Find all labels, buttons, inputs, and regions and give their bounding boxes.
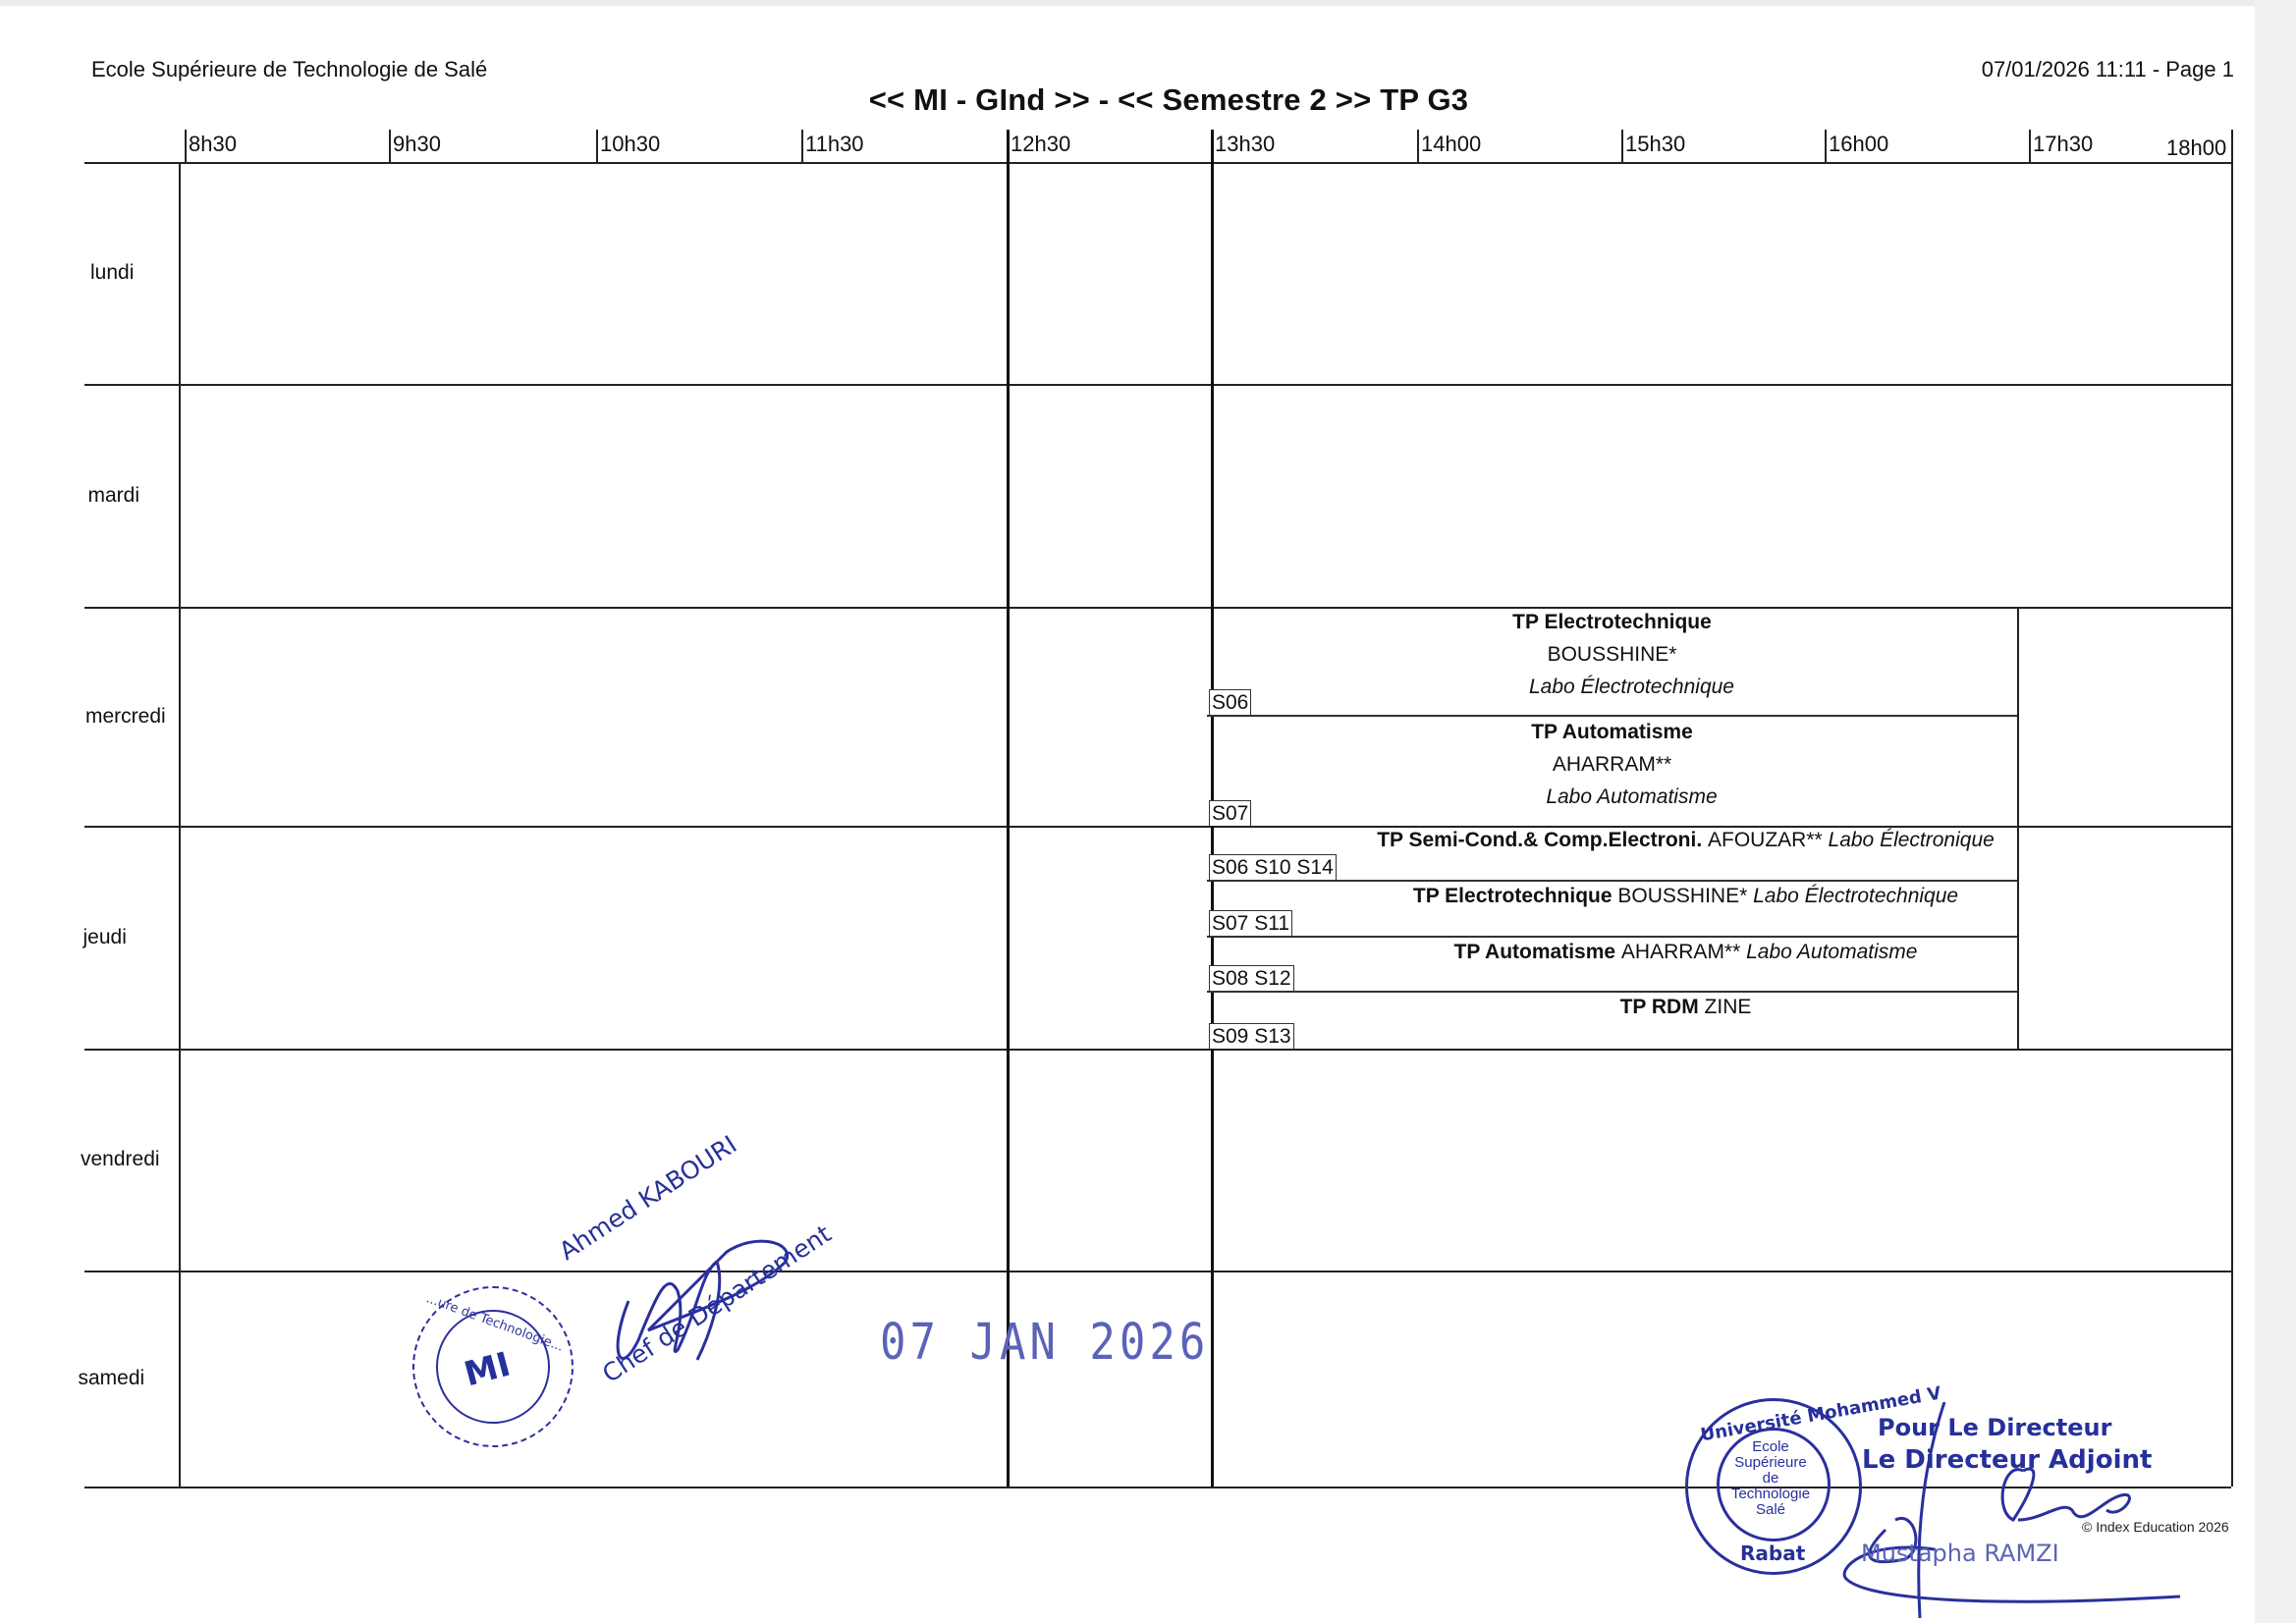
week-tag: S06: [1209, 689, 1251, 715]
session-mercredi[interactable]: TP ElectrotechniqueBOUSSHINE*Labo Électr…: [1207, 607, 2017, 717]
session-room: Labo Automatisme: [1246, 785, 2017, 809]
print-timestamp: 07/01/2026 11:11 - Page 1: [1920, 57, 2234, 82]
session-jeudi[interactable]: TP RDM ZINES09 S13: [1207, 993, 2017, 1049]
day-label-lundi: lundi: [90, 261, 134, 285]
week-tag: S06 S10 S14: [1209, 854, 1337, 880]
day-label-jeudi: jeudi: [83, 926, 127, 949]
session-course: TP Automatisme: [1207, 721, 2017, 744]
session-teacher: BOUSSHINE*: [1207, 643, 2017, 667]
time-label-15h30: 15h30: [1625, 132, 1685, 157]
day-label-samedi: samedi: [79, 1367, 145, 1390]
time-label-12h30: 12h30: [1011, 132, 1070, 157]
time-label-9h30: 9h30: [393, 132, 441, 157]
session-jeudi[interactable]: TP Semi-Cond.& Comp.Electroni. AFOUZAR**…: [1207, 826, 2017, 882]
session-summary: TP Automatisme AHARRAM** Labo Automatism…: [1354, 941, 2017, 964]
week-tag: S08 S12: [1209, 965, 1294, 991]
week-tag: S07 S11: [1209, 910, 1292, 936]
session-summary: TP Electrotechnique BOUSSHINE* Labo Élec…: [1354, 885, 2017, 908]
row-line: [84, 1271, 2231, 1272]
day-label-vendredi: vendredi: [81, 1148, 160, 1171]
row-line: [84, 384, 2231, 386]
row-line: [84, 1049, 2231, 1051]
scan-margin: [2255, 0, 2296, 1623]
session-summary: TP Semi-Cond.& Comp.Electroni. AFOUZAR**…: [1354, 829, 2017, 852]
session-teacher: AHARRAM**: [1207, 753, 2017, 777]
session-jeudi[interactable]: TP Electrotechnique BOUSSHINE* Labo Élec…: [1207, 882, 2017, 938]
time-tick: [2029, 130, 2031, 162]
week-tag: S07: [1209, 800, 1251, 826]
time-label-18h00: 18h00: [2166, 135, 2226, 161]
scan-edge: [0, 0, 2296, 6]
director-name: Mustapha RAMZI: [1861, 1540, 2059, 1567]
time-tick: [1621, 130, 1623, 162]
time-tick: [801, 130, 803, 162]
time-tick: [185, 130, 187, 162]
session-right-border: [2017, 607, 2019, 1049]
time-tick: [1825, 130, 1827, 162]
session-course: TP Electrotechnique: [1207, 611, 2017, 634]
stamp-rabat-text: Rabat: [1740, 1542, 1805, 1565]
week-tag: S09 S13: [1209, 1023, 1294, 1049]
time-label-16h00: 16h00: [1829, 132, 1888, 157]
time-label-13h30: 13h30: [1215, 132, 1275, 157]
session-mercredi[interactable]: TP AutomatismeAHARRAM**Labo AutomatismeS…: [1207, 717, 2017, 827]
day-column-line: [179, 162, 181, 1487]
time-tick: [389, 130, 391, 162]
date-stamp: 07 JAN 2026: [880, 1314, 1209, 1372]
session-jeudi[interactable]: TP Automatisme AHARRAM** Labo Automatism…: [1207, 938, 2017, 994]
session-room: Labo Électrotechnique: [1246, 676, 2017, 699]
time-label-11h30: 11h30: [805, 132, 864, 157]
time-label-8h30: 8h30: [189, 132, 237, 157]
page-title: << MI - GInd >> - << Semestre 2 >> TP G3: [0, 82, 2296, 118]
row-line: [84, 162, 2231, 164]
time-tick: [596, 130, 598, 162]
stamp-center-text: EcoleSupérieuredeTechnologieSalé: [1717, 1439, 1825, 1518]
director-signature-icon: [1827, 1402, 2200, 1618]
grid-right-border: [2231, 130, 2233, 1487]
day-label-mardi: mardi: [88, 484, 140, 508]
session-summary: TP RDM ZINE: [1354, 996, 2017, 1019]
time-tick: [1417, 130, 1419, 162]
school-name: Ecole Supérieure de Technologie de Salé: [91, 57, 487, 82]
day-label-mercredi: mercredi: [85, 705, 166, 729]
copyright: © Index Education 2026: [2082, 1519, 2229, 1535]
time-label-10h30: 10h30: [600, 132, 660, 157]
time-label-17h30: 17h30: [2033, 132, 2093, 157]
time-tick: [1007, 130, 1010, 1487]
time-label-14h00: 14h00: [1421, 132, 1481, 157]
